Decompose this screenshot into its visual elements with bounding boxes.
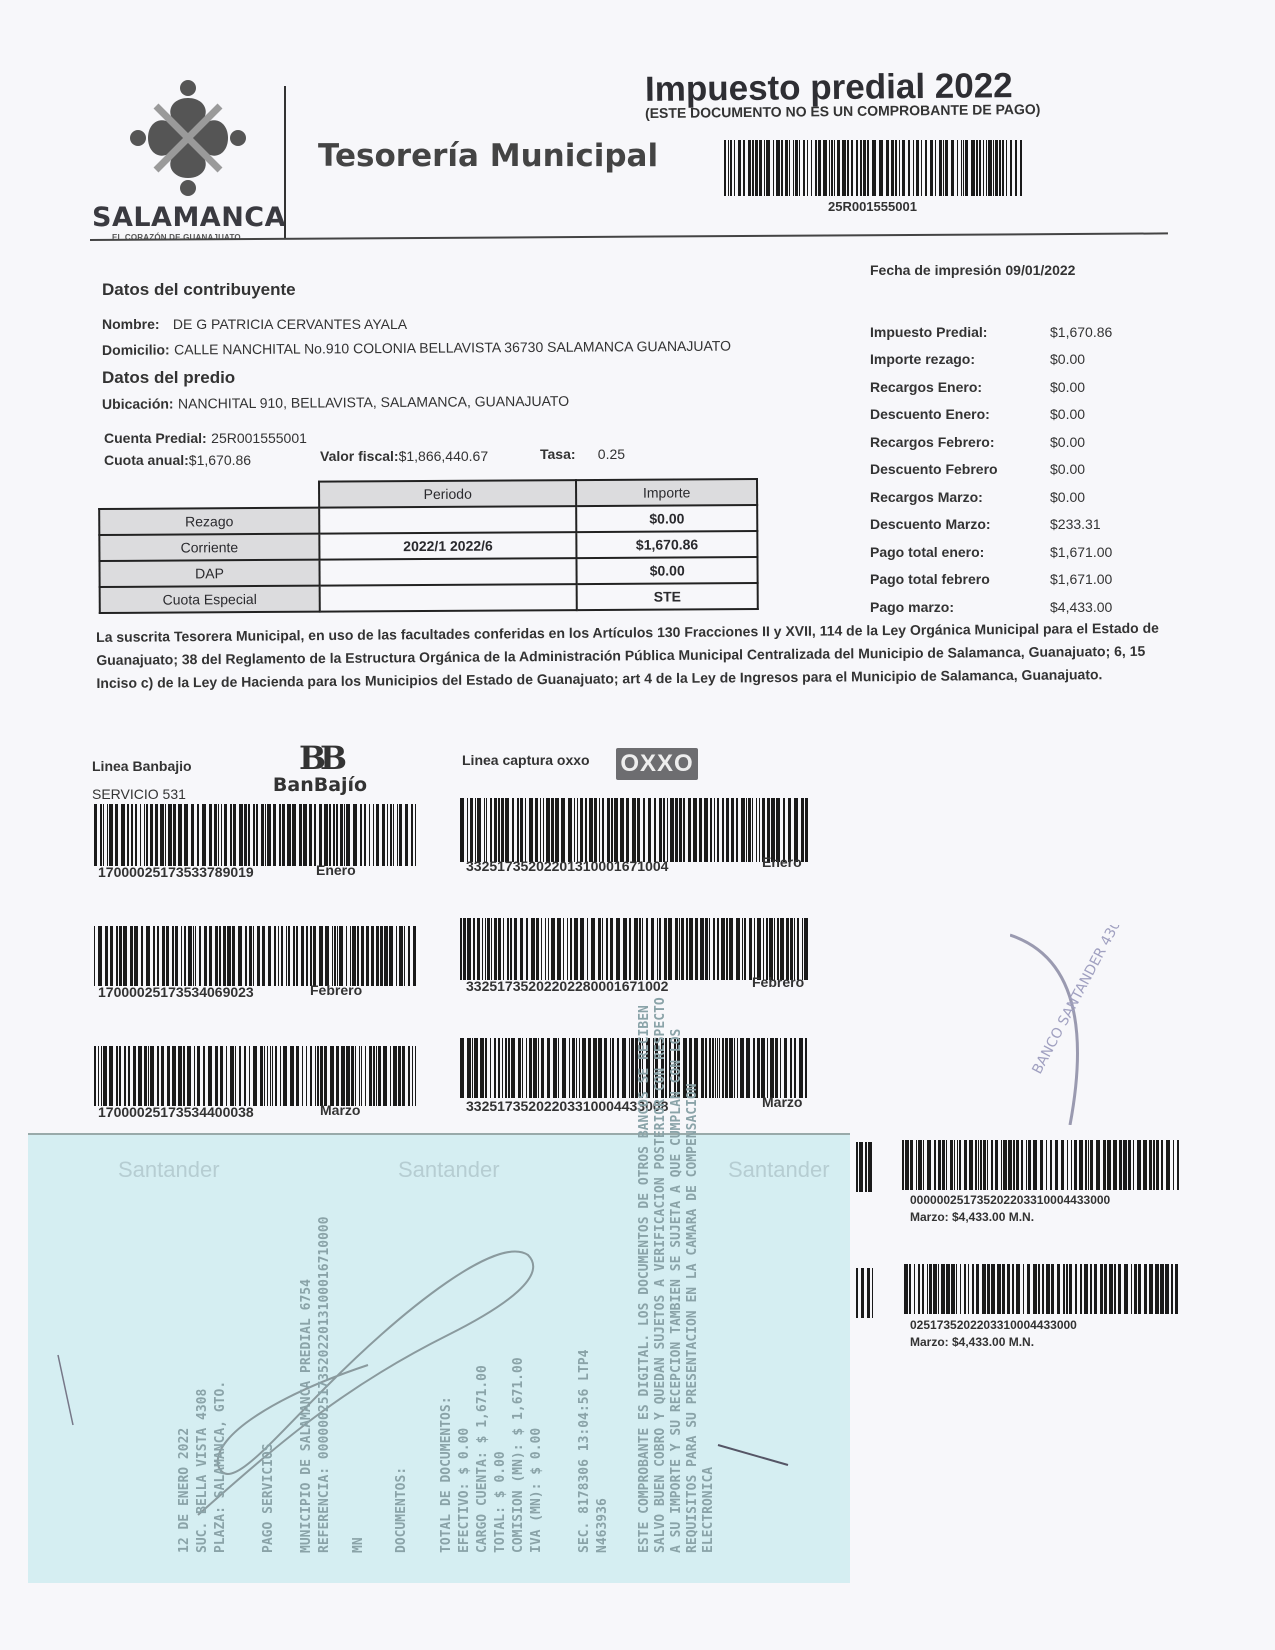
receipt-line: SALVO BUEN COBRO Y QUEDAN SUJETOS A VERI… (654, 997, 668, 1553)
banbajio-number-enero: 17000025173533789019 (98, 864, 254, 880)
banbajio-label: Linea Banbajio (92, 758, 192, 774)
row-period (320, 584, 577, 612)
banbajio-barcode-enero (94, 804, 418, 866)
name-label: Nombre: (102, 316, 160, 332)
banbajio-month-febrero: Febrero (310, 982, 362, 998)
summary-label: Descuento Marzo: (870, 516, 1050, 532)
rate-label: Tasa: (540, 446, 576, 462)
receipt-line: DOCUMENTOS: (395, 1467, 409, 1553)
receipt-line: ESTE COMPROBANTE ES DIGITAL. LOS DOCUMEN… (638, 1005, 652, 1553)
fiscal-value: $1,866,440.67 (399, 448, 489, 464)
summary-label: Pago total febrero (870, 571, 1050, 587)
bank-stamp-icon: BANCO SANTANDER 4308 (1010, 925, 1130, 1125)
summary-value: $0.00 (1050, 351, 1085, 367)
table-row: DAP $0.00 (99, 557, 757, 587)
receipt-line: COMISION (MN): $ 1,671.00 (512, 1357, 526, 1553)
rate-value: 0.25 (598, 446, 625, 462)
summary-label: Recargos Marzo: (870, 489, 1050, 505)
property-location: NANCHITAL 910, BELLAVISTA, SALAMANCA, GU… (178, 393, 569, 412)
print-date-value: 09/01/2022 (1005, 262, 1075, 278)
receipt-line: SEC. 8178306 13:04:56 LTP4 (578, 1350, 592, 1554)
summary-label: Recargos Enero: (870, 379, 1050, 395)
summary-label: Descuento Enero: (870, 406, 1050, 422)
summary-row: Pago total enero:$1,671.00 (870, 538, 1130, 566)
banbajio-barcode-marzo (94, 1046, 418, 1106)
oxxo-month-marzo: Marzo (762, 1094, 802, 1110)
oxxo-barcode-febrero (460, 918, 810, 980)
summary-label: Importe rezago: (870, 351, 1050, 367)
receipt-line: MUNICIPIO DE SALAMANCA PREDIAL 6754 (300, 1279, 314, 1553)
table-row: Rezago $0.00 (99, 505, 757, 535)
annual-fee-label: Cuota anual: (104, 452, 189, 468)
summary-label: Pago marzo: (870, 599, 1050, 615)
contributor-name: DE G PATRICIA CERVANTES AYALA (173, 316, 407, 332)
banbajio-logo-text: BanBajío (270, 774, 370, 796)
table-header-row: Periodo Importe (99, 479, 757, 509)
row-concept: DAP (99, 560, 319, 587)
banbajio-barcode-febrero (94, 926, 418, 986)
logo-name: SALAMANCA (92, 202, 286, 233)
summary-value: $0.00 (1050, 379, 1085, 395)
banbajio-logo: BB BanBajío (270, 742, 370, 796)
receipt-line: N463936 (596, 1498, 610, 1553)
column-header-period: Periodo (319, 480, 576, 508)
header-rule (90, 232, 1168, 241)
oxxo-number-enero: 33251735202201310001671004 (466, 858, 668, 874)
oxxo-label: Linea captura oxxo (462, 752, 590, 768)
side-barcode-2 (904, 1264, 1180, 1314)
row-concept: Corriente (99, 534, 319, 561)
tax-period-table: Periodo Importe Rezago $0.00 Corriente 2… (98, 478, 759, 614)
receipt-line: REQUISITOS PARA SU PRESENTACION EN LA CA… (686, 1083, 700, 1553)
banbajio-number-marzo: 17000025173534400038 (98, 1104, 254, 1120)
summary-value: $0.00 (1050, 406, 1085, 422)
contributor-section-title: Datos del contribuyente (102, 280, 296, 300)
organization-name: Tesorería Municipal (318, 138, 658, 174)
row-concept: Rezago (99, 508, 319, 535)
summary-value: $1,671.00 (1050, 544, 1112, 560)
receipt-line: MN (352, 1537, 366, 1553)
oxxo-logo: OXXO (616, 748, 698, 780)
annual-fee-row: Cuota anual:$1,670.86 (104, 452, 251, 470)
banbajio-mark-icon: BB (270, 742, 370, 774)
oxxo-barcode-enero (460, 798, 810, 862)
column-header-amount: Importe (576, 479, 757, 506)
receipt-line: IVA (MN): $ 0.00 (530, 1428, 544, 1553)
side-barcode-2-number: 02517352022033100044330​00 (910, 1318, 1077, 1332)
account-value: 25R001555001 (211, 430, 307, 446)
summary-label: Impuesto Predial: (870, 324, 1050, 340)
receipt-line: A SU IMPORTE Y SU RECEPCION TAMBIEN SE S… (670, 1029, 684, 1553)
print-date: Fecha de impresión 09/01/2022 (870, 262, 1075, 278)
santander-payment-receipt: Santander Santander Santander 12 DE ENER… (28, 1133, 850, 1583)
summary-value: $0.00 (1050, 434, 1085, 450)
salamanca-logo-icon (128, 78, 248, 198)
row-concept: Cuota Especial (100, 586, 320, 613)
contributor-address-row: Domicilio: CALLE NANCHITAL No.910 COLONI… (102, 338, 731, 360)
side-barcode-fragment (856, 1268, 874, 1318)
location-label: Ubicación: (102, 396, 174, 412)
property-section-title: Datos del predio (102, 368, 235, 388)
account-label: Cuenta Predial: (104, 430, 207, 446)
banbajio-number-febrero: 17000025173534069023 (98, 984, 254, 1000)
row-period (319, 506, 576, 534)
contributor-name-row: Nombre: DE G PATRICIA CERVANTES AYALA (102, 316, 407, 334)
address-label: Domicilio: (102, 342, 170, 358)
receipt-line: REFERENCIA: 0000002517352022013100016710… (318, 1216, 332, 1553)
receipt-line: ELECTRONICA (702, 1467, 716, 1553)
summary-row: Recargos Marzo:$0.00 (870, 483, 1130, 511)
row-amount: $1,670.86 (577, 531, 758, 558)
summary-row: Recargos Febrero:$0.00 (870, 428, 1130, 456)
table-row: Corriente 2022/1 2022/6 $1,670.86 (99, 531, 757, 561)
summary-row: Impuesto Predial:$1,670.86 (870, 318, 1130, 346)
receipt-line: PAGO SERVICIOS (262, 1443, 276, 1553)
summary-value: $233.31 (1050, 516, 1101, 532)
rate-row: Tasa: 0.25 (540, 446, 625, 464)
property-location-row: Ubicación: NANCHITAL 910, BELLAVISTA, SA… (102, 393, 569, 414)
receipt-line: 12 DE ENERO 2022 (178, 1428, 192, 1553)
document-subtitle: (ESTE DOCUMENTO NO ES UN COMPROBANTE DE … (645, 101, 1041, 121)
table-corner (99, 482, 319, 509)
oxxo-month-febrero: Febrero (752, 974, 804, 990)
receipt-line: PLAZA: SALAMANCA, GTO. (214, 1381, 228, 1553)
side-barcode-1-number: 0000002517352022033100044330​00 (910, 1193, 1110, 1207)
fiscal-value-row: Valor fiscal:$1,866,440.67 (320, 448, 488, 466)
summary-value: $4,433.00 (1050, 599, 1112, 615)
summary-row: Pago total febrero$1,671.00 (870, 566, 1130, 594)
legal-text: La suscrita Tesorera Municipal, en uso d… (96, 617, 1177, 695)
receipt-line: CARGO CUENTA: $ 1,671.00 (476, 1365, 490, 1553)
summary-value: $1,671.00 (1050, 571, 1112, 587)
summary-row: Descuento Enero:$0.00 (870, 401, 1130, 429)
oxxo-month-enero: Enero (762, 854, 802, 870)
summary-value: $0.00 (1050, 461, 1085, 477)
table-row: Cuota Especial STE (100, 583, 758, 613)
contributor-address: CALLE NANCHITAL No.910 COLONIA BELLAVIST… (174, 338, 731, 358)
account-barcode-number: 25R001555001 (828, 199, 917, 214)
banbajio-month-enero: Enero (316, 862, 356, 878)
receipt-line: EFECTIVO: $ 0.00 (458, 1428, 472, 1553)
oxxo-number-febrero: 33251735202202280001671002 (466, 978, 668, 994)
annual-fee-value: $1,670.86 (189, 452, 251, 468)
receipt-line: SUC. BELLA VISTA 4308 (196, 1389, 210, 1553)
side-barcode-1-caption: Marzo: $4,433.00 M.N. (910, 1210, 1034, 1224)
receipt-line: TOTAL: $ 0.00 (494, 1451, 508, 1553)
account-barcode (724, 140, 1024, 196)
header-divider (284, 86, 286, 238)
oxxo-barcode-marzo (460, 1038, 810, 1098)
summary-label: Pago total enero: (870, 544, 1050, 560)
summary-value: $1,670.86 (1050, 324, 1112, 340)
row-amount: $0.00 (576, 505, 757, 532)
side-barcode-fragment (856, 1142, 874, 1192)
payment-summary: Impuesto Predial:$1,670.86Importe rezago… (870, 318, 1130, 621)
row-period: 2022/1 2022/6 (319, 532, 576, 560)
banbajio-month-marzo: Marzo (320, 1102, 360, 1118)
summary-label: Recargos Febrero: (870, 434, 1050, 450)
summary-row: Importe rezago:$0.00 (870, 346, 1130, 374)
row-amount: $0.00 (577, 557, 758, 584)
side-barcode-2-caption: Marzo: $4,433.00 M.N. (910, 1335, 1034, 1349)
fiscal-value-label: Valor fiscal: (320, 448, 399, 464)
print-date-label: Fecha de impresión (870, 262, 1001, 278)
summary-row: Recargos Enero:$0.00 (870, 373, 1130, 401)
summary-value: $0.00 (1050, 489, 1085, 505)
summary-row: Descuento Marzo:$233.31 (870, 511, 1130, 539)
account-row: Cuenta Predial: 25R001555001 (104, 430, 307, 448)
summary-row: Descuento Febrero$0.00 (870, 456, 1130, 484)
banbajio-service: SERVICIO 531 (92, 786, 186, 802)
row-period (319, 558, 576, 586)
row-amount: STE (577, 583, 758, 610)
summary-label: Descuento Febrero (870, 461, 1050, 477)
receipt-line: TOTAL DE DOCUMENTOS: (440, 1396, 454, 1553)
side-barcode-1 (902, 1140, 1180, 1190)
